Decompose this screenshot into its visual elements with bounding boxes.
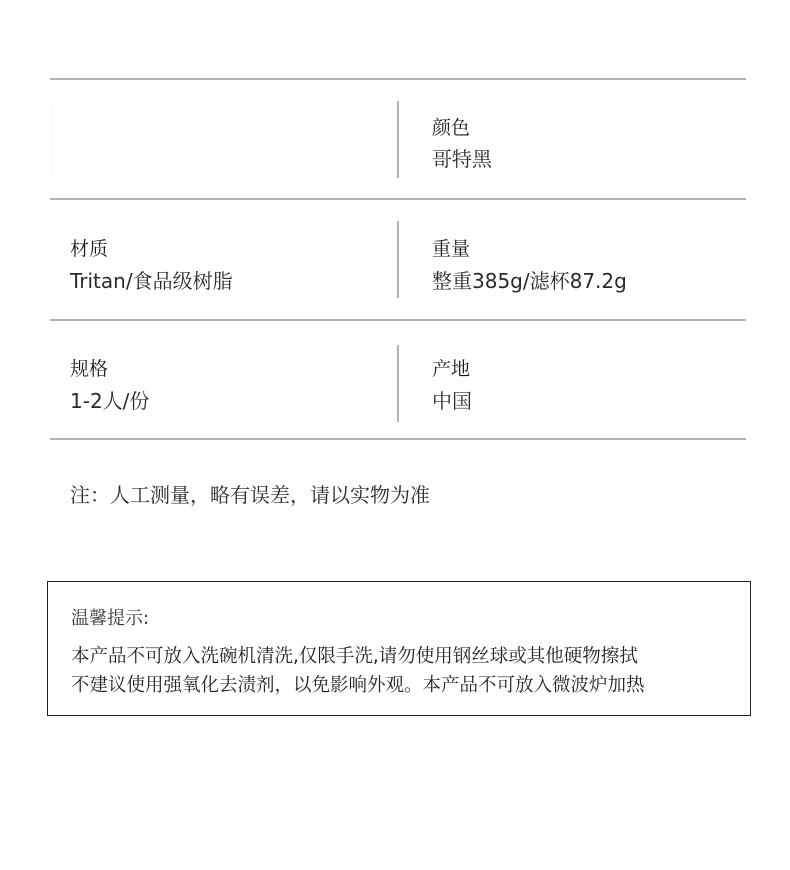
- spec-value: 整重385g/滤杯87.2g: [432, 268, 627, 294]
- spec-value: 中国: [432, 388, 472, 414]
- tips-line: 不建议使用强氧化去渍剂，以免影响外观。本产品不可放入微波炉加热: [71, 674, 645, 698]
- column-divider-row2: [397, 221, 399, 298]
- tips-line: 本产品不可放入洗碗机清洗,仅限手洗,请勿使用钢丝球或其他硬物擦拭: [71, 645, 638, 669]
- spec-size: 规格 1-2人/份: [70, 357, 149, 414]
- spec-label: 重量: [432, 237, 627, 261]
- spec-label: 规格: [70, 357, 149, 381]
- column-divider-row3: [397, 345, 399, 422]
- divider-row1: [50, 198, 746, 200]
- spec-origin: 产地 中国: [432, 357, 472, 414]
- spec-color: 颜色 哥特黑: [432, 116, 492, 172]
- column-divider-row1: [397, 101, 399, 178]
- divider-row2: [50, 319, 746, 321]
- tips-title: 温馨提示:: [71, 607, 149, 631]
- spec-value: 1-2人/份: [70, 388, 149, 414]
- spec-value: Tritan/食品级树脂: [70, 268, 233, 294]
- divider-top: [50, 78, 746, 80]
- spec-value: 哥特黑: [432, 146, 492, 172]
- spec-weight: 重量 整重385g/滤杯87.2g: [432, 237, 627, 294]
- spec-label: 颜色: [432, 116, 492, 140]
- measurement-note: 注：人工测量，略有误差，请以实物为准: [70, 482, 430, 508]
- spec-label: 材质: [70, 237, 233, 261]
- tips-box: 温馨提示: 本产品不可放入洗碗机清洗,仅限手洗,请勿使用钢丝球或其他硬物擦拭 不…: [47, 581, 751, 716]
- spec-label: 产地: [432, 357, 472, 381]
- spec-material: 材质 Tritan/食品级树脂: [70, 237, 233, 294]
- divider-row3: [50, 438, 746, 440]
- product-image-placeholder: [50, 99, 370, 181]
